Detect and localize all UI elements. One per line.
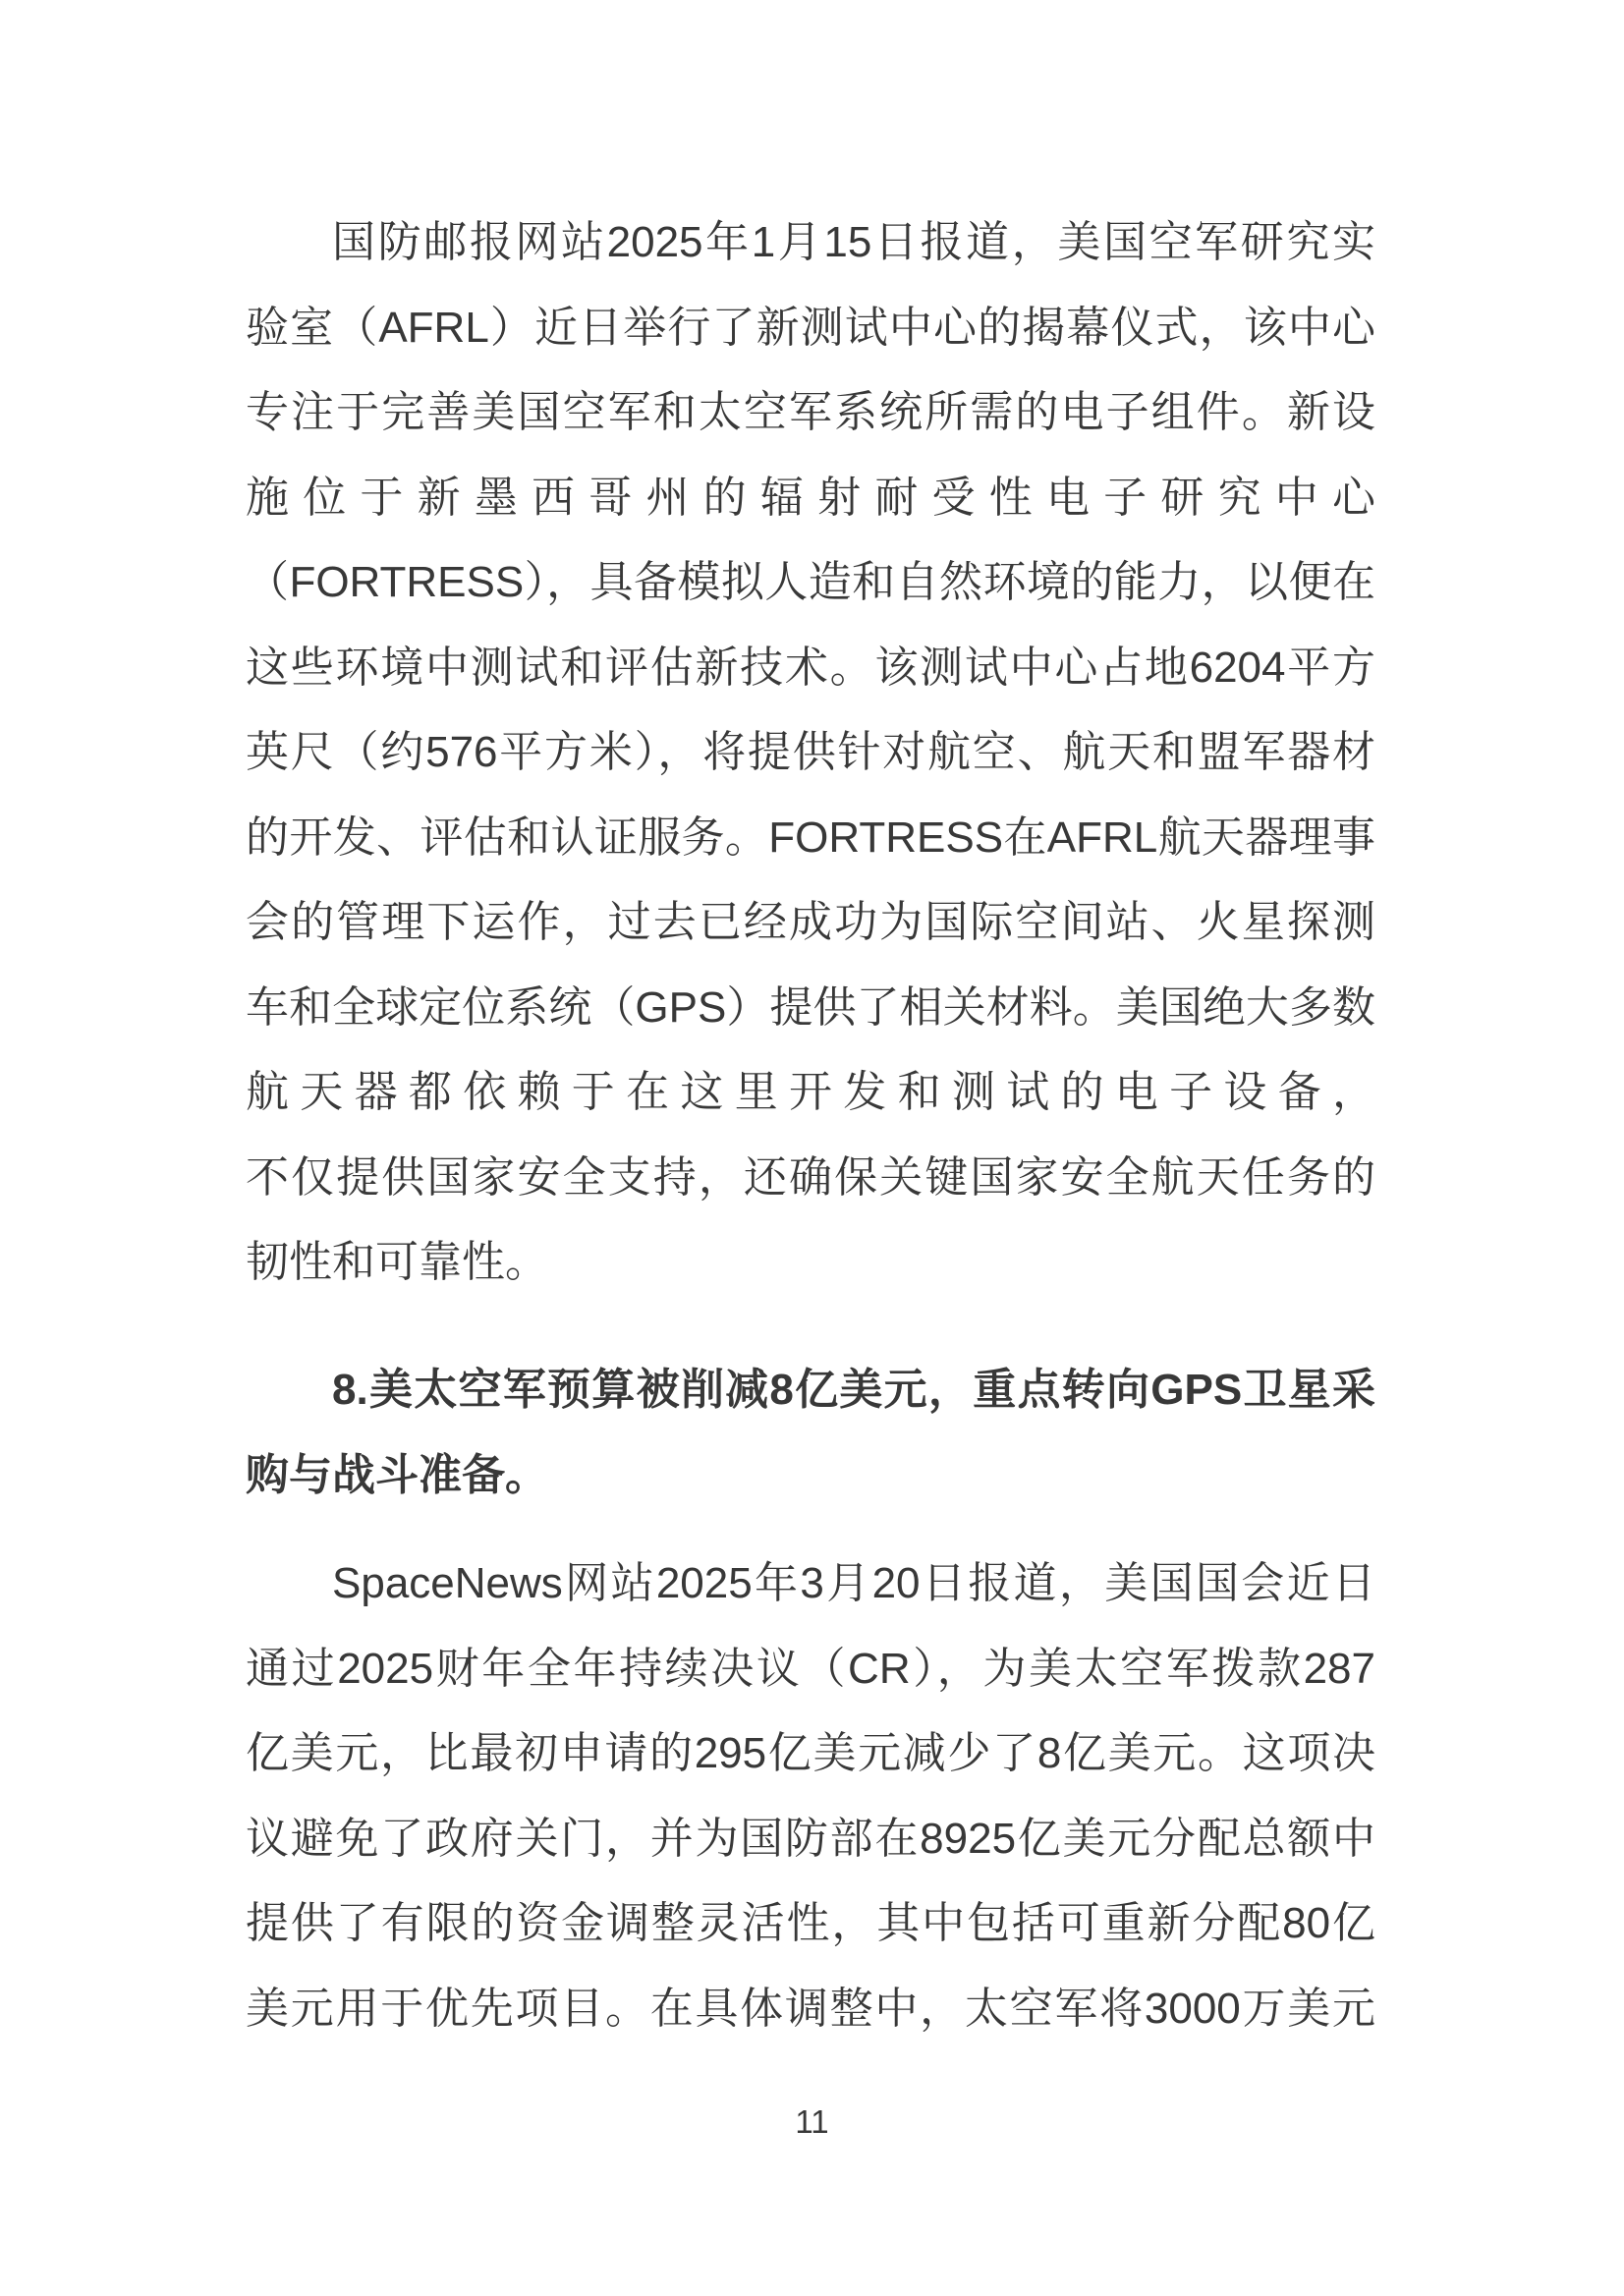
- text-line: （FORTRESS），具备模拟人造和自然环境的能力，以便在: [246, 540, 1375, 626]
- text-line: 提供了有限的资金调整灵活性，其中包括可重新分配80亿: [246, 1881, 1375, 1967]
- text-line: 会的管理下运作，过去已经成功为国际空间站、火星探测: [246, 880, 1375, 966]
- text-line: 不仅提供国家安全支持，还确保关键国家安全航天任务的: [246, 1136, 1375, 1221]
- text-line: 这些环境中测试和评估新技术。该测试中心占地6204平方: [246, 626, 1375, 711]
- heading-line: 购与战斗准备。: [246, 1433, 1375, 1519]
- text-line: 专注于完善美国空军和太空军系统所需的电子组件。新设: [246, 370, 1375, 456]
- text-line: 验室（AFRL）近日举行了新测试中心的揭幕仪式，该中心: [246, 286, 1375, 371]
- text-line: 美元用于优先项目。在具体调整中，太空军将3000万美元: [246, 1967, 1375, 2052]
- text-line: 车和全球定位系统（GPS）提供了相关材料。美国绝大多数: [246, 966, 1375, 1051]
- page-number: 11: [795, 2102, 828, 2142]
- text-line: 航天器都依赖于在这里开发和测试的电子设备，FORTRESS: [246, 1050, 1375, 1136]
- page-footer: 11: [0, 2102, 1624, 2142]
- text-line: 施位于新墨西哥州的辐射耐受性电子研究中心: [246, 456, 1375, 541]
- heading-item-8: 8.美太空军预算被削减8亿美元，重点转向GPS卫星采 购与战斗准备。: [246, 1348, 1375, 1518]
- paragraph-budget: SpaceNews网站2025年3月20日报道，美国国会近日 通过2025财年全…: [246, 1541, 1375, 2051]
- text-line: 通过2025财年全年持续决议（CR），为美太空军拨款287: [246, 1627, 1375, 1712]
- paragraph-afrl: 国防邮报网站2025年1月15日报道，美国空军研究实 验室（AFRL）近日举行了…: [246, 200, 1375, 1306]
- heading-line: 8.美太空军预算被削减8亿美元，重点转向GPS卫星采: [246, 1348, 1375, 1433]
- text-line: 议避免了政府关门，并为国防部在8925亿美元分配总额中: [246, 1797, 1375, 1882]
- text-line: 韧性和可靠性。: [246, 1220, 1375, 1306]
- text-line: 英尺（约576平方米），将提供针对航空、航天和盟军器材: [246, 710, 1375, 796]
- document-page: 国防邮报网站2025年1月15日报道，美国空军研究实 验室（AFRL）近日举行了…: [0, 0, 1624, 2296]
- text-line: SpaceNews网站2025年3月20日报道，美国国会近日: [246, 1541, 1375, 1627]
- text-line: 亿美元，比最初申请的295亿美元减少了8亿美元。这项决: [246, 1711, 1375, 1797]
- text-line: 的开发、评估和认证服务。FORTRESS在AFRL航天器理事: [246, 796, 1375, 881]
- text-line: 国防邮报网站2025年1月15日报道，美国空军研究实: [246, 200, 1375, 286]
